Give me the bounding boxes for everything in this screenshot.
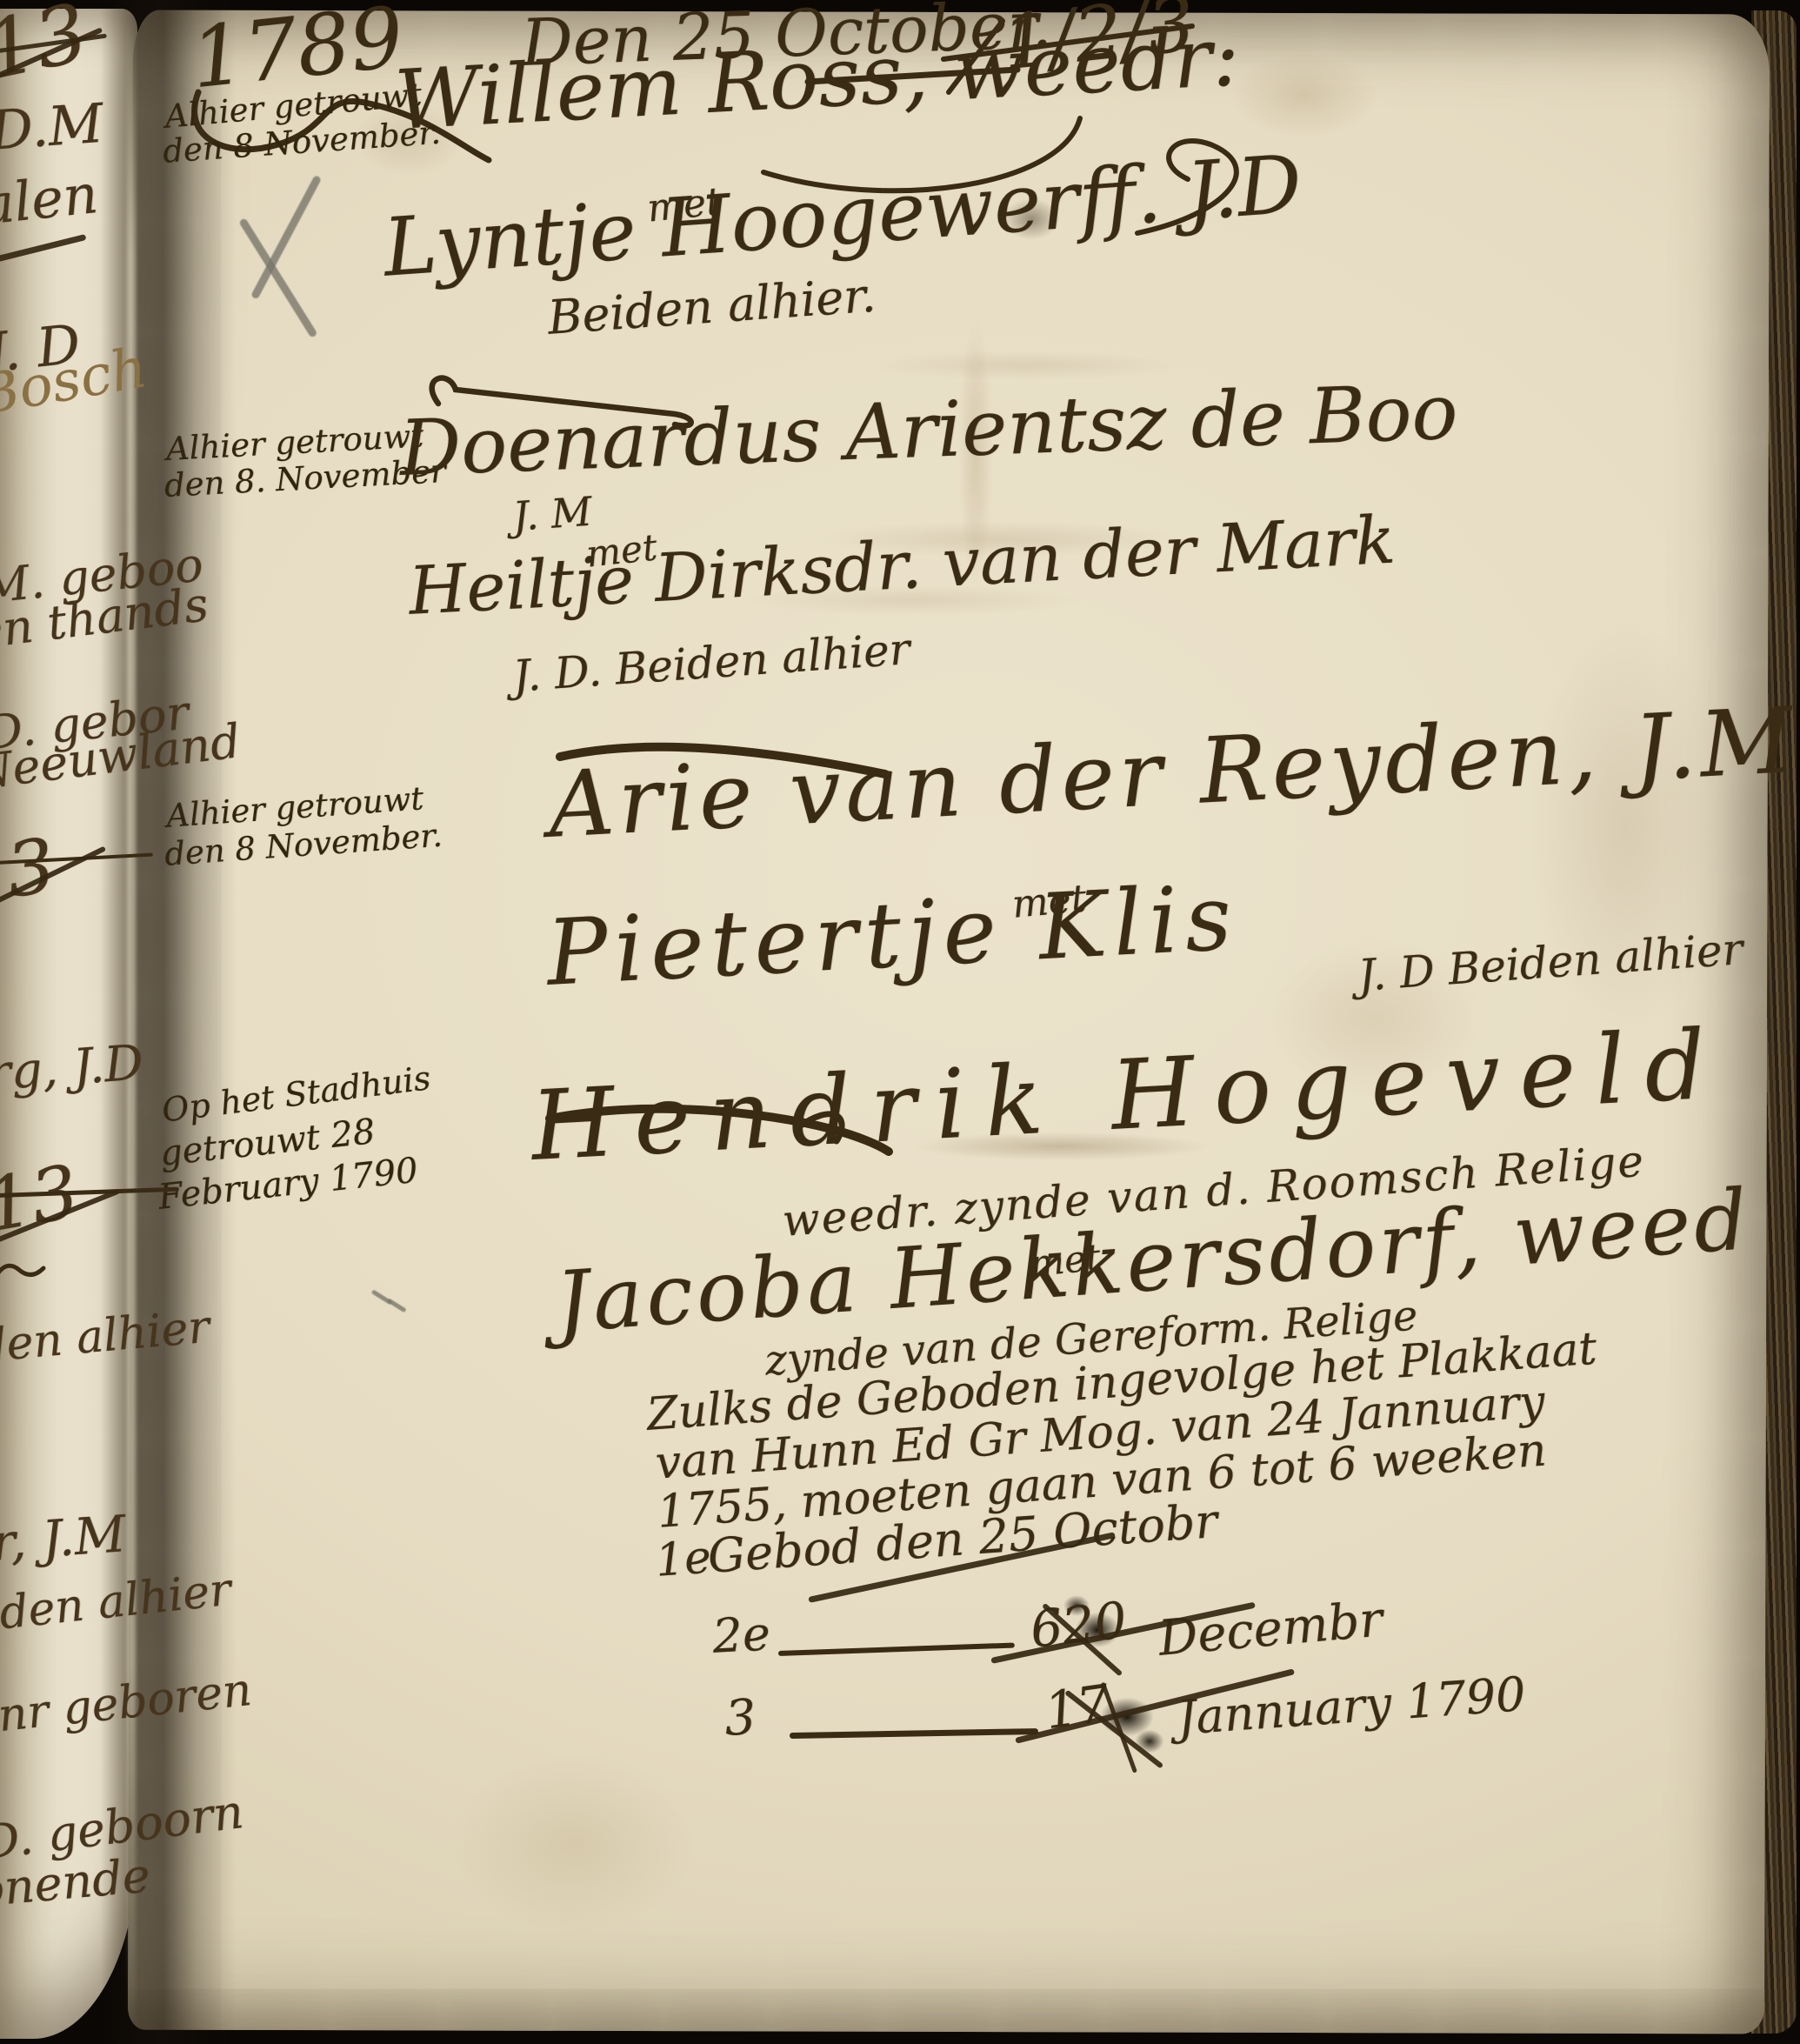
entry4-margin-line1: Op het Stadhuis	[160, 1061, 432, 1128]
bann2-month: Decembr	[1157, 1594, 1384, 1665]
bann1-number: 1e	[654, 1534, 713, 1586]
left-page-fragment: den alhier	[0, 1304, 211, 1372]
left-page-fragment: eden alhier	[0, 1566, 233, 1640]
left-pen-stroke	[0, 234, 87, 264]
left-page-fragment: onende	[0, 1852, 152, 1916]
entry3-note: J. D Beiden alhier	[1357, 926, 1744, 999]
pencil-tick-mark	[387, 1298, 407, 1313]
left-squiggle-mark	[0, 1256, 49, 1284]
register-photo: 1789 Den 25 October. 1/2/3 Alhier getrou…	[0, 0, 1800, 2044]
bride1-loop-flourish	[1127, 130, 1275, 261]
entry2-note: J. D. Beiden alhier	[511, 626, 911, 699]
bann2-number: 2e	[711, 1610, 771, 1662]
bann2-dash-line	[778, 1643, 1015, 1656]
entry3-groom: Arie van der Reyden, J.M	[546, 693, 1799, 853]
left-page-fragment: dnr geboren	[0, 1667, 254, 1743]
bann3-dash-line	[790, 1728, 1038, 1739]
entry2-groom-status: J. M	[511, 491, 593, 538]
left-page-fragment: rg, J.D	[0, 1039, 145, 1100]
entry1-note: Beiden alhier.	[546, 271, 877, 344]
left-page-fragment: D.M	[0, 95, 105, 159]
pencil-x-mark	[238, 217, 317, 338]
left-page-fragment: alen	[0, 165, 100, 234]
pencil-x-mark	[250, 175, 322, 300]
left-page-fragment: r, J.M	[0, 1507, 128, 1570]
bann3-number: 3	[723, 1693, 757, 1746]
handwriting-layer: 1789 Den 25 October. 1/2/3 Alhier getrou…	[0, 0, 1800, 2044]
entry3-bride: Pietertje Klis	[544, 870, 1241, 1001]
left-page-fragment: 3	[2, 826, 60, 911]
bann3-month: Jannuary 1790	[1176, 1670, 1527, 1744]
